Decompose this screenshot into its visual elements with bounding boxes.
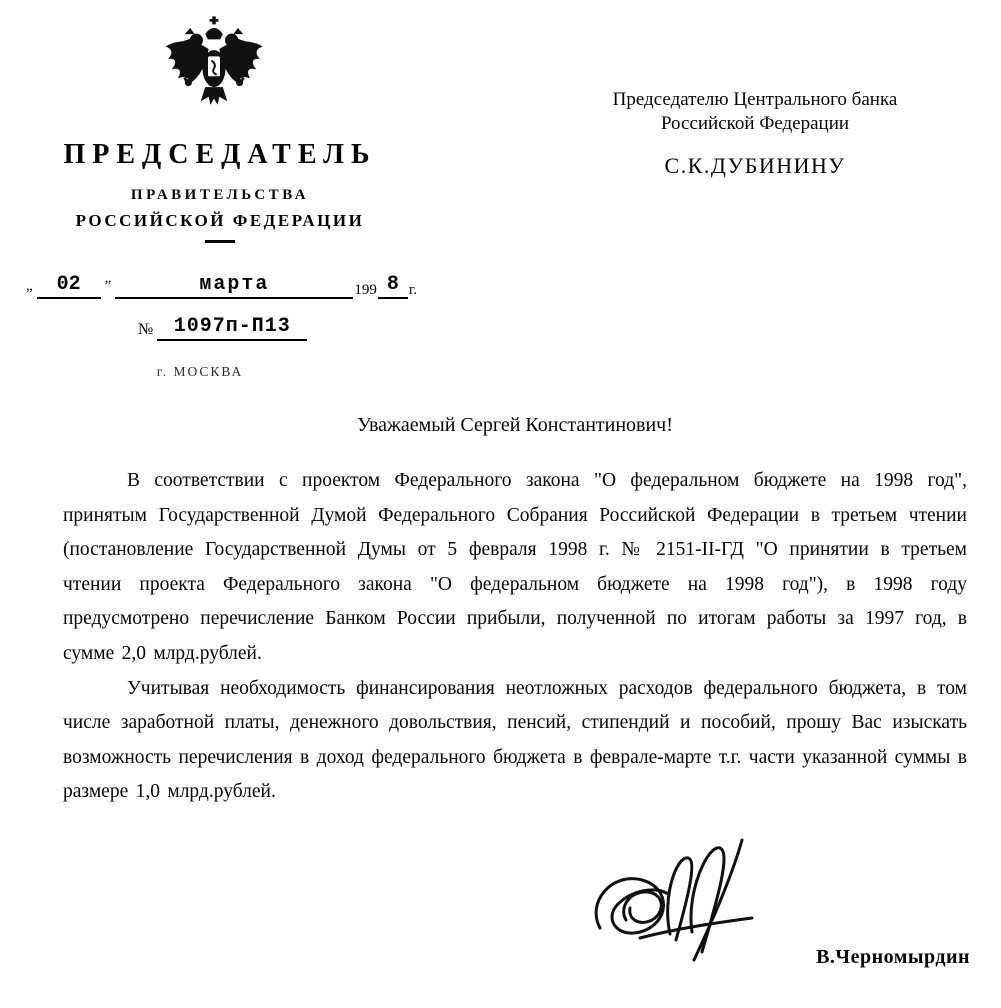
recipient-block: Председателю Центрального банка Российск… — [535, 88, 975, 179]
document-number-line: № 1097п-П13 — [138, 314, 307, 341]
body-paragraph-2: Учитывая необходимость финансирования не… — [63, 672, 967, 810]
letterhead-divider — [205, 240, 235, 243]
letterhead-subtitle-2: РОССИЙСКОЙ ФЕДЕРАЦИИ — [10, 211, 430, 231]
city-label: г. МОСКВА — [120, 364, 280, 380]
letterhead-title: ПРЕДСЕДАТЕЛЬ — [10, 139, 430, 171]
signer-name: В.Черномырдин — [690, 946, 970, 969]
recipient-name: С.К.ДУБИНИНУ — [535, 153, 975, 179]
date-month-value: марта — [115, 272, 353, 299]
date-open-quote: „ — [22, 278, 37, 295]
letter-body: В соответствии с проектом Федерального з… — [63, 464, 967, 810]
letterhead-subtitle-1: ПРАВИТЕЛЬСТВА — [10, 187, 430, 204]
recipient-line-2: Российской Федерации — [535, 112, 975, 136]
document-number-value: 1097п-П13 — [157, 314, 307, 341]
recipient-line-1: Председателю Центрального банка — [535, 88, 975, 112]
number-sign: № — [138, 321, 157, 339]
date-year-unit: г. — [408, 282, 418, 299]
date-line: „ 02 ” марта 199 8 г. — [22, 272, 452, 299]
date-day-value: 02 — [37, 272, 101, 299]
date-close-quote: ” — [101, 278, 116, 295]
letterhead: ПРЕДСЕДАТЕЛЬ ПРАВИТЕЛЬСТВА РОССИЙСКОЙ ФЕ… — [10, 14, 430, 243]
salutation: Уважаемый Сергей Константинович! — [63, 414, 967, 437]
date-year-suffix-value: 8 — [378, 272, 408, 299]
scanned-letter-page: ПРЕДСЕДАТЕЛЬ ПРАВИТЕЛЬСТВА РОССИЙСКОЙ ФЕ… — [0, 0, 1001, 1008]
date-year-prefix: 199 — [353, 282, 378, 299]
russian-double-headed-eagle-icon — [161, 14, 267, 121]
body-paragraph-1: В соответствии с проектом Федерального з… — [63, 464, 967, 672]
